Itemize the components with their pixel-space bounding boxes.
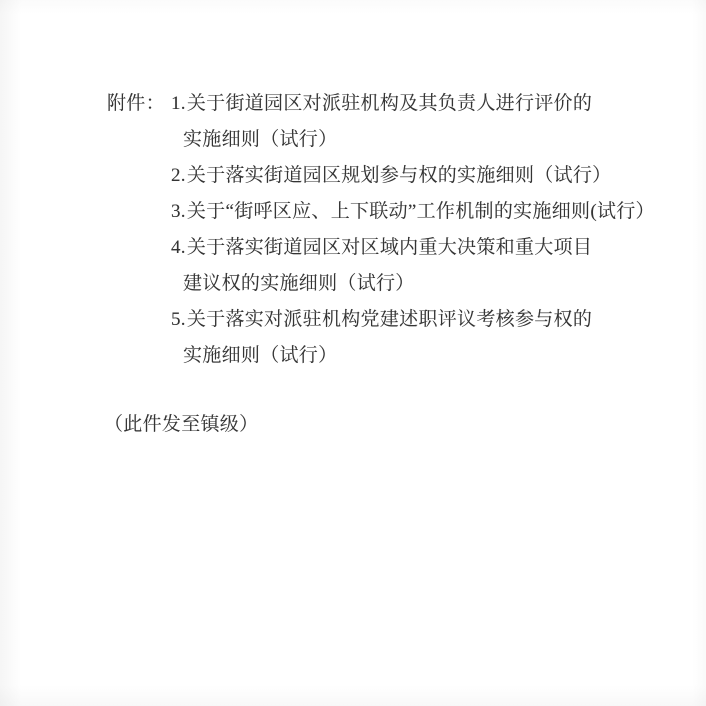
attachment-item-5-line-1: 5.关于落实对派驻机构党建述职评议考核参与权的 <box>171 308 592 332</box>
document-page: 附件： 1.关于街道园区对派驻机构及其负责人进行评价的 实施细则（试行） 2.关… <box>0 0 706 706</box>
attachment-item-1-line-2: 实施细则（试行） <box>183 128 337 152</box>
attachment-item-5-line-2: 实施细则（试行） <box>183 344 337 368</box>
attachment-item-2-text: 关于落实街道园区规划参与权的实施细则（试行） <box>187 165 612 186</box>
attachment-item-1-text: 关于街道园区对派驻机构及其负责人进行评价的 <box>187 93 592 114</box>
attachment-item-1-line-1: 1.关于街道园区对派驻机构及其负责人进行评价的 <box>171 92 592 116</box>
attachment-item-4-line-2: 建议权的实施细则（试行） <box>183 272 415 296</box>
attachment-item-1-number: 1. <box>171 93 187 114</box>
attachment-item-3-number: 3. <box>171 201 187 222</box>
attachment-item-2-number: 2. <box>171 165 187 186</box>
attachment-item-4-line-1: 4.关于落实街道园区对区域内重大决策和重大项目 <box>171 236 592 260</box>
attachment-item-4-text: 关于落实街道园区对区域内重大决策和重大项目 <box>187 237 592 258</box>
attachment-item-3-text: 关于“街呼区应、上下联动”工作机制的实施细则(试行） <box>187 201 655 222</box>
attachment-item-3-line-1: 3.关于“街呼区应、上下联动”工作机制的实施细则(试行） <box>171 200 655 224</box>
attachment-item-4-number: 4. <box>171 237 187 258</box>
distribution-note: （此件发至镇级） <box>104 413 258 437</box>
attachment-label: 附件： <box>107 92 165 116</box>
attachment-item-5-text: 关于落实对派驻机构党建述职评议考核参与权的 <box>187 309 592 330</box>
attachment-item-5-number: 5. <box>171 309 187 330</box>
attachment-item-2-line-1: 2.关于落实街道园区规划参与权的实施细则（试行） <box>171 164 611 188</box>
